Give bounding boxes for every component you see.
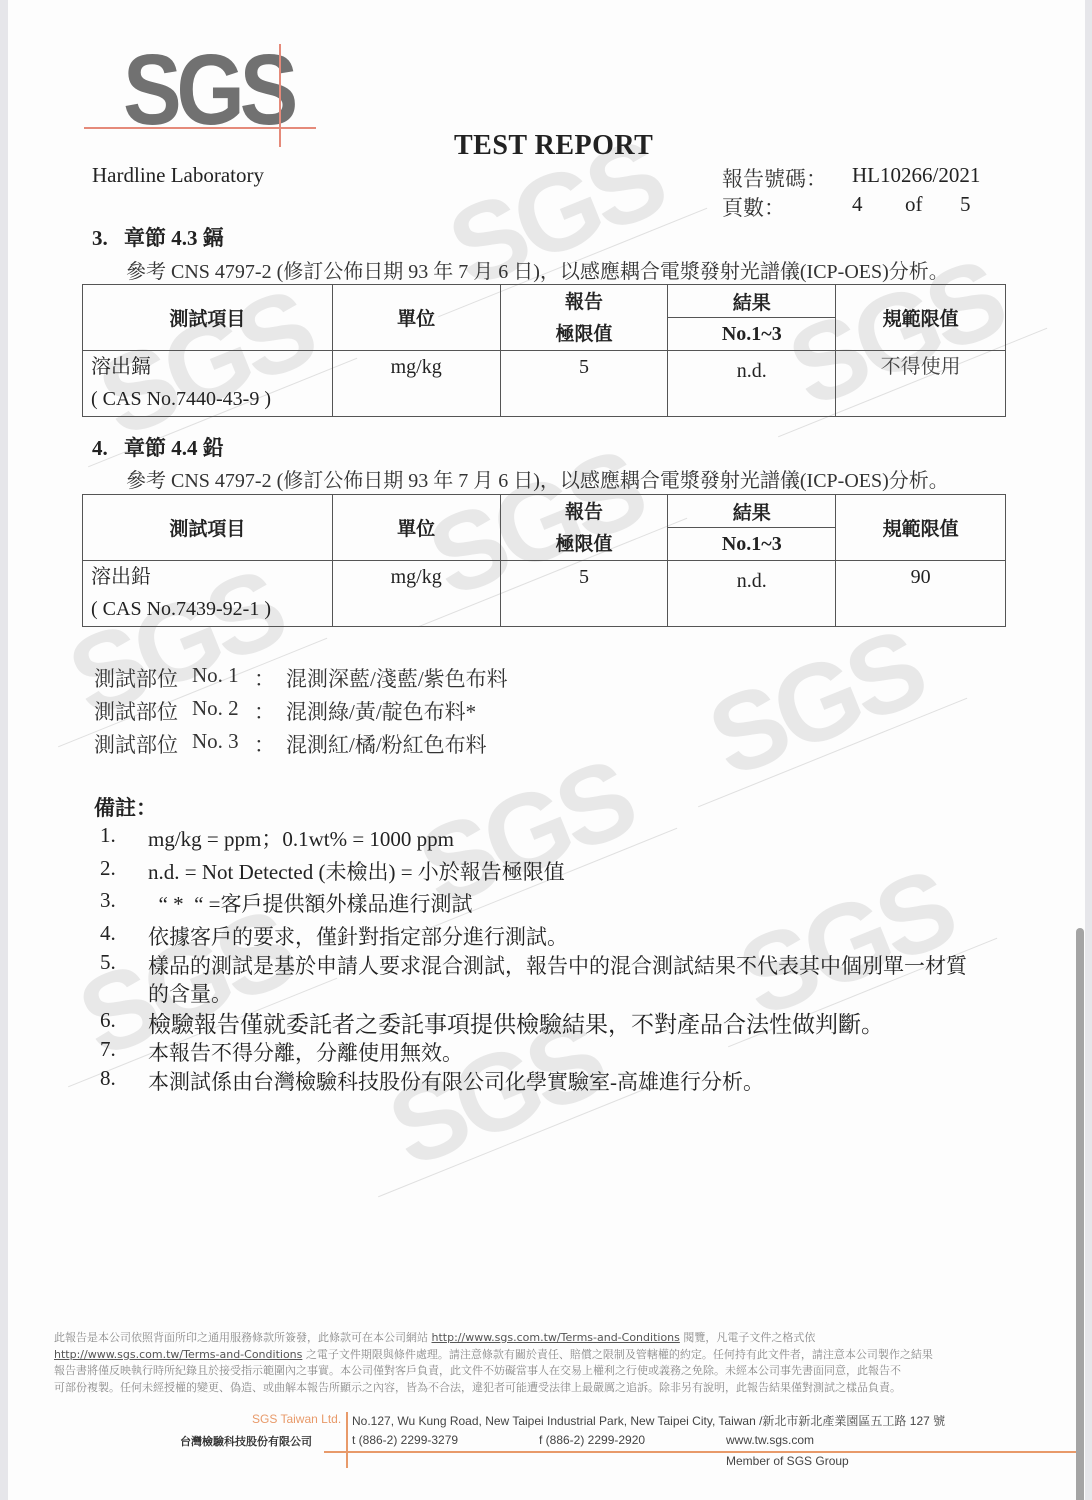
header-item: 測試項目 xyxy=(83,495,333,561)
company-website: www.tw.sgs.com xyxy=(726,1433,814,1447)
report-page: SGS SGS SGS SGS SGS SGS SGS SGS SGS SGS … xyxy=(8,0,1085,1500)
scrollbar-thumb[interactable] xyxy=(1076,928,1084,1500)
header-result-sub: No.1~3 xyxy=(668,528,836,561)
section-reference: 參考 CNS 4797-2 (修訂公佈日期 93 年 7 月 6 日)，以感應耦… xyxy=(126,255,949,284)
cell-mdl: 5 xyxy=(500,561,668,627)
company-name-en: SGS Taiwan Ltd. xyxy=(252,1412,341,1426)
sgs-logo: SGS xyxy=(123,40,293,140)
terms-link[interactable]: http://www.sgs.com.tw/Terms-and-Conditio… xyxy=(432,1331,680,1344)
company-name-cn: 台灣檢驗科技股份有限公司 xyxy=(180,1433,312,1449)
cell-limit: 不得使用 xyxy=(836,351,1006,417)
report-title: TEST REPORT xyxy=(454,130,653,162)
cell-limit: 90 xyxy=(836,561,1006,627)
table-row: 溶出鉛 ( CAS No.7439-92-1 ) mg/kg 5 n.d. 90 xyxy=(83,561,1006,627)
member-of-group: Member of SGS Group xyxy=(726,1454,849,1468)
page-of: of xyxy=(905,192,923,217)
header-mdl: 報告 極限值 xyxy=(500,285,668,351)
company-address: No.127, Wu Kung Road, New Taipei Industr… xyxy=(352,1412,945,1429)
header-unit: 單位 xyxy=(332,285,500,351)
results-table-cadmium: 測試項目 單位 報告 極限值 結果 規範限值 No.1~3 溶出鎘 ( CAS … xyxy=(82,284,1006,417)
header-result: 結果 xyxy=(668,495,836,528)
header-limit: 規範限值 xyxy=(836,495,1006,561)
company-fax: f (886-2) 2299-2920 xyxy=(539,1433,645,1447)
cell-result: n.d. xyxy=(668,351,836,417)
page-count-label: 頁數： xyxy=(722,192,785,222)
section-reference: 參考 CNS 4797-2 (修訂公佈日期 93 年 7 月 6 日)，以感應耦… xyxy=(126,464,949,493)
report-number-value: HL10266/2021 xyxy=(852,163,980,188)
notes-title: 備註： xyxy=(94,792,157,822)
cell-unit: mg/kg xyxy=(332,561,500,627)
footer-line-horizontal xyxy=(324,1451,1084,1453)
lab-name: Hardline Laboratory xyxy=(92,163,264,188)
header-mdl: 報告 極限值 xyxy=(500,495,668,561)
section-title: 4.章節 4.4 鉛 xyxy=(92,432,224,462)
page-total: 5 xyxy=(960,192,971,217)
scrollbar-track[interactable] xyxy=(1085,0,1092,1500)
logo-line-horizontal xyxy=(84,127,316,129)
cell-unit: mg/kg xyxy=(332,351,500,417)
watermark: SGS xyxy=(692,604,938,802)
report-number-label: 報告號碼： xyxy=(722,163,827,193)
cell-result: n.d. xyxy=(668,561,836,627)
logo-line-vertical xyxy=(279,44,281,147)
header-limit: 規範限值 xyxy=(836,285,1006,351)
page-current: 4 xyxy=(852,192,863,217)
terms-link[interactable]: http://www.sgs.com.tw/Terms-and-Conditio… xyxy=(54,1348,302,1361)
company-phone: t (886-2) 2299-3279 xyxy=(352,1433,458,1447)
footer-line-vertical xyxy=(346,1412,348,1468)
header-result: 結果 xyxy=(668,285,836,318)
cell-mdl: 5 xyxy=(500,351,668,417)
results-table-lead: 測試項目 單位 報告 極限值 結果 規範限值 No.1~3 溶出鉛 ( CAS … xyxy=(82,494,1006,627)
header-result-sub: No.1~3 xyxy=(668,318,836,351)
section-title: 3.章節 4.3 鎘 xyxy=(92,222,224,252)
header-unit: 單位 xyxy=(332,495,500,561)
cell-item: 溶出鉛 ( CAS No.7439-92-1 ) xyxy=(83,561,333,627)
legal-disclaimer: 此報告是本公司依照背面所印之通用服務條款所簽發，此條款可在本公司網站 http:… xyxy=(54,1330,1044,1396)
header-item: 測試項目 xyxy=(83,285,333,351)
table-row: 溶出鎘 ( CAS No.7440-43-9 ) mg/kg 5 n.d. 不得… xyxy=(83,351,1006,417)
cell-item: 溶出鎘 ( CAS No.7440-43-9 ) xyxy=(83,351,333,417)
